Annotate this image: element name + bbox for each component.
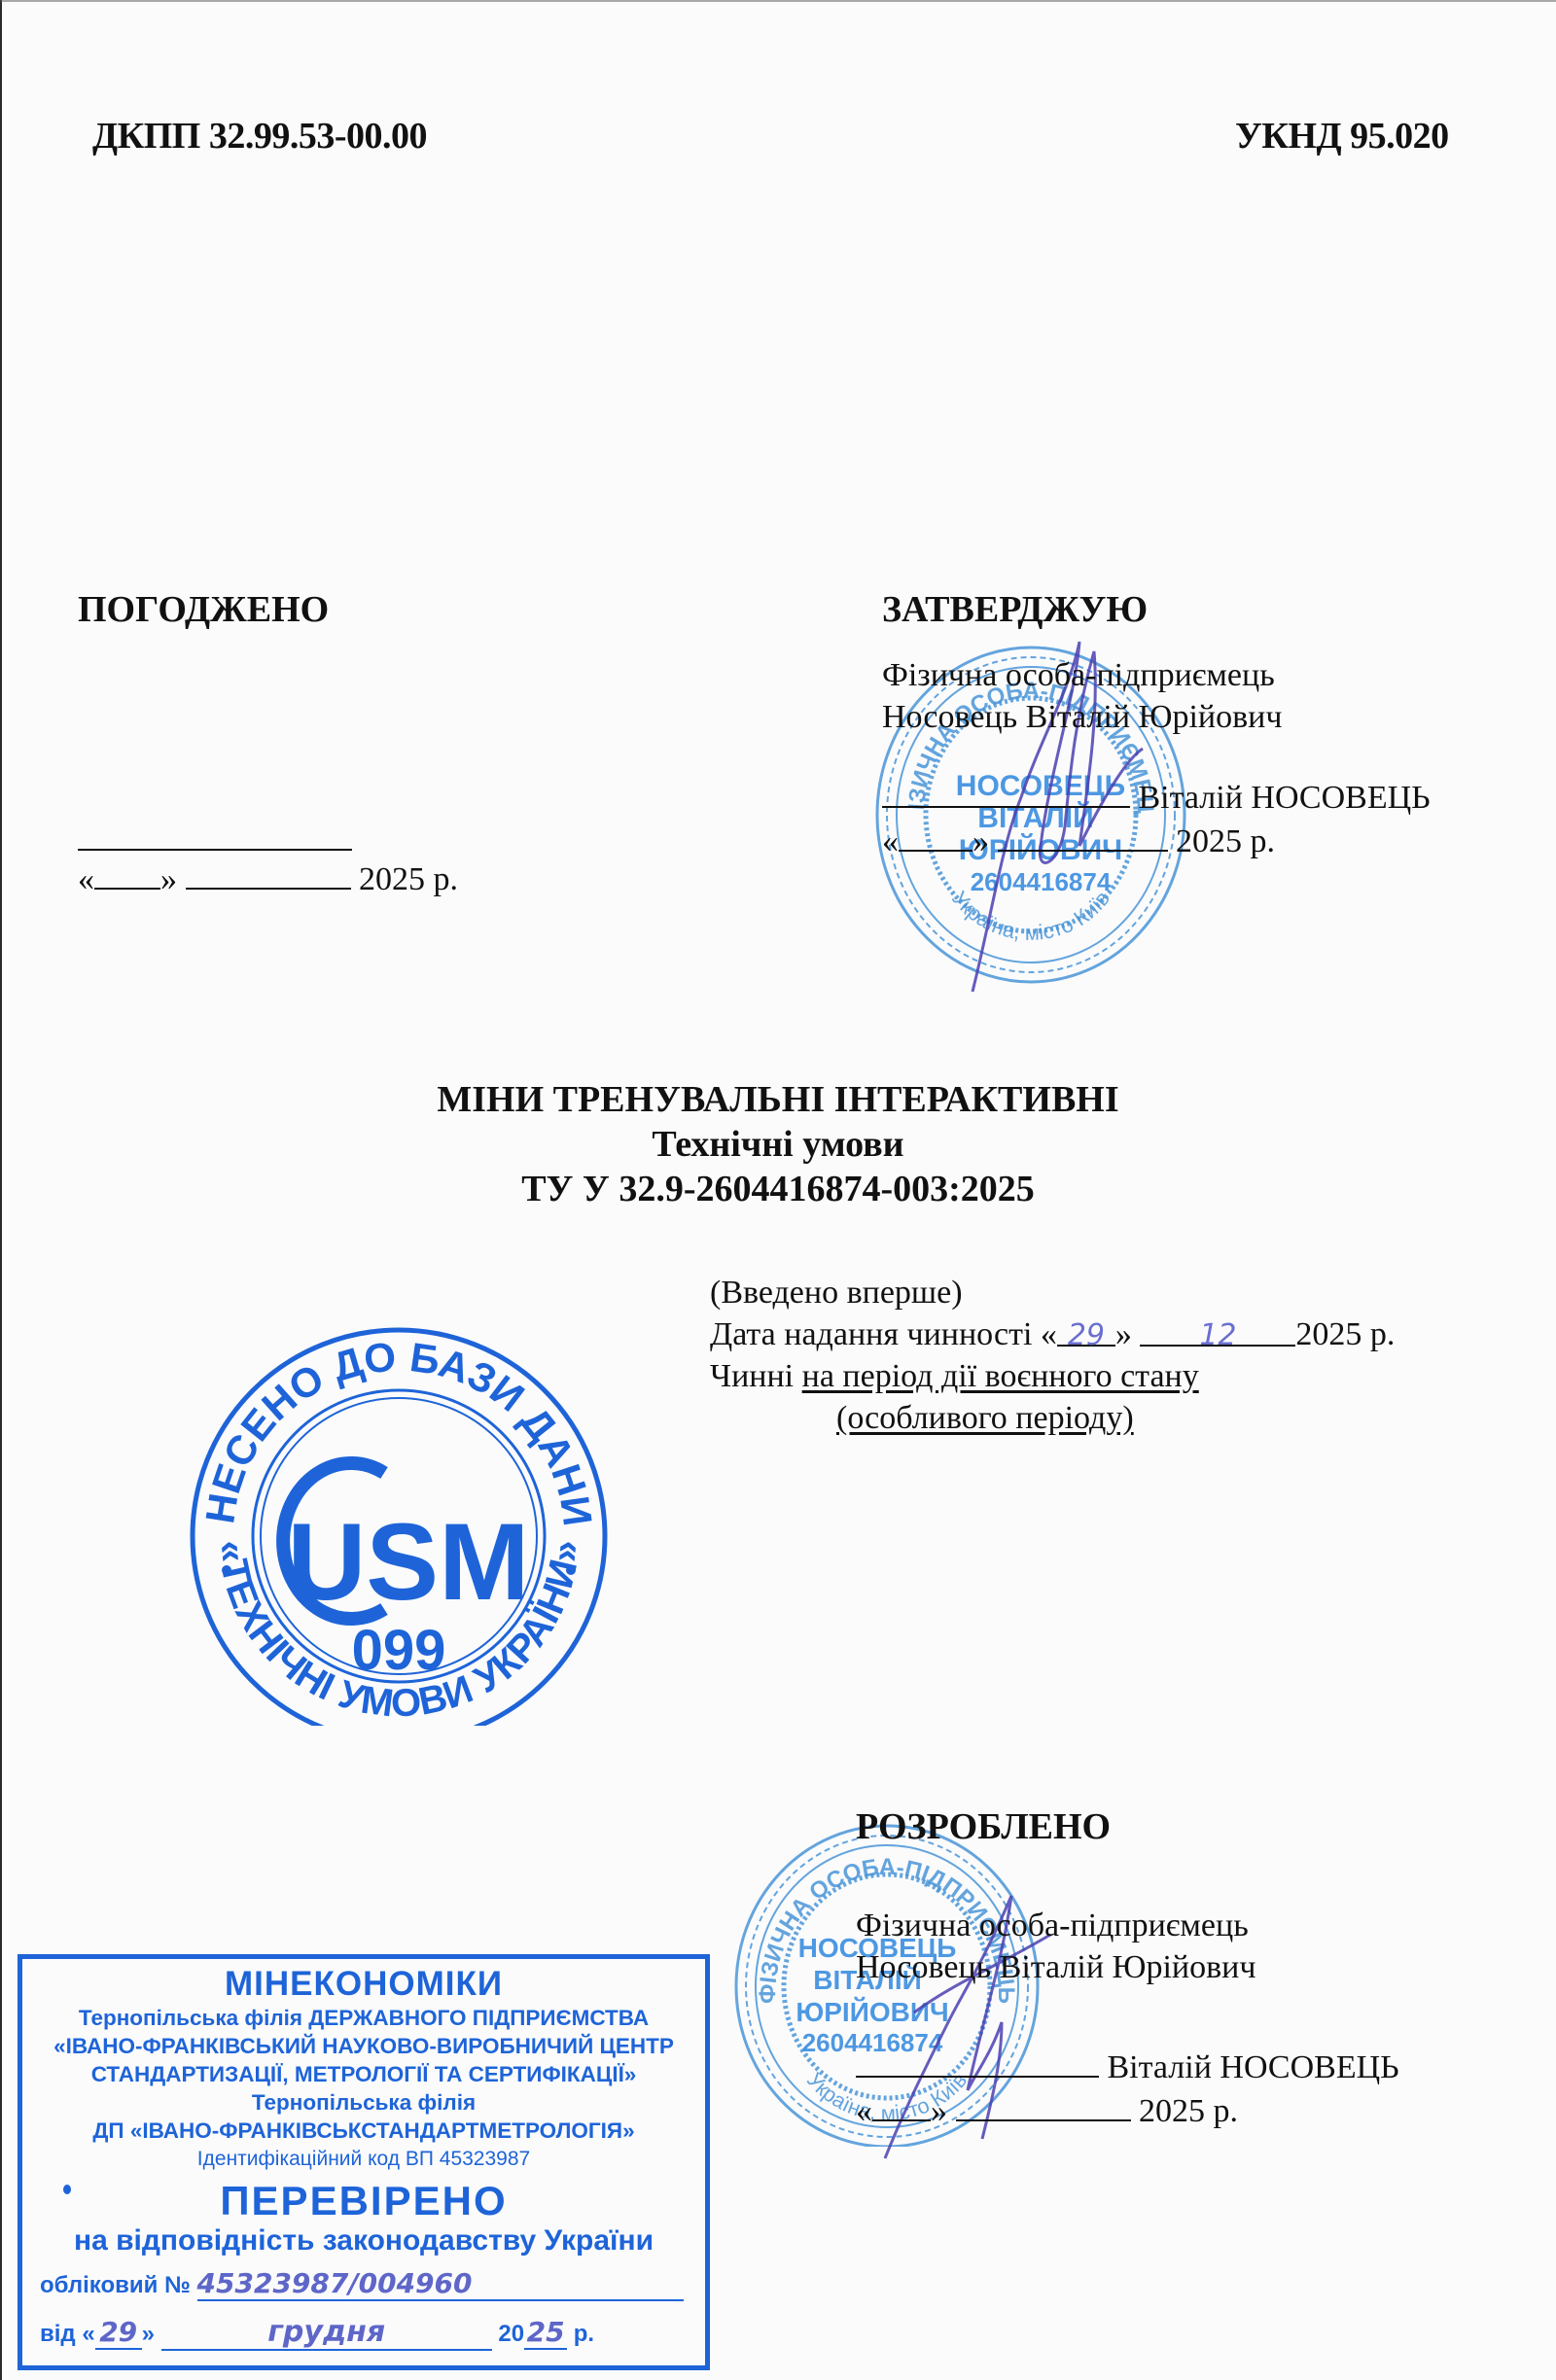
effective-date: Дата надання чинності «29» 122025 р.: [710, 1313, 1395, 1355]
approve-month-field[interactable]: [998, 819, 1168, 852]
document-title-block: МІНИ ТРЕНУВАЛЬНІ ІНТЕРАКТИВНІ Технічні у…: [0, 1077, 1556, 1211]
stamp-line-1: Тернопільська філія ДЕРЖАВНОГО ПІДПРИЄМС…: [22, 2004, 705, 2032]
validity-period: Чинні на період дії воєнного стану: [710, 1355, 1395, 1397]
effective-day-field[interactable]: 29: [1057, 1313, 1115, 1347]
stamp-reg-field[interactable]: 45323987/004960: [197, 2267, 684, 2301]
stamp-checked: ПЕРЕВІРЕНО: [22, 2178, 705, 2224]
document-title: МІНИ ТРЕНУВАЛЬНІ ІНТЕРАКТИВНІ: [0, 1077, 1556, 1122]
developed-signer: Віталій НОСОВЕЦЬ: [1108, 2049, 1399, 2085]
agreed-title: ПОГОДЖЕНО: [78, 588, 458, 631]
approve-day-field[interactable]: [899, 819, 972, 852]
developed-title: РОЗРОБЛЕНО: [856, 1805, 1399, 1848]
page-top-edge: [0, 0, 1556, 2]
developed-signature-row: Віталій НОСОВЕЦЬ: [856, 2045, 1399, 2088]
usm-number: 099: [352, 1619, 446, 1682]
stamp-line-3: СТАНДАРТИЗАЦІЇ, МЕТРОЛОГІЇ ТА СЕРТИФІКАЦ…: [22, 2060, 705, 2088]
stamp-compliance: на відповідність законодавству України: [22, 2224, 705, 2257]
developed-signature-line[interactable]: [856, 2045, 1099, 2078]
approve-signature-row: Віталій НОСОВЕЦЬ: [882, 775, 1431, 819]
approve-year: 2025 р.: [1176, 823, 1275, 859]
usm-logo: USM: [288, 1501, 530, 1623]
approve-full-name: Носовець Віталій Юрійович: [882, 696, 1431, 738]
validity-period-note: (особливого періоду): [710, 1397, 1395, 1439]
stamp-month-field[interactable]: грудня: [161, 2315, 492, 2351]
developed-block: РОЗРОБЛЕНО Фізична особа-підприємець Нос…: [856, 1805, 1399, 2132]
developed-position: Фізична особа-підприємець: [856, 1905, 1399, 1946]
approve-position: Фізична особа-підприємець: [882, 654, 1431, 696]
stamp-reg-row: обліковий № 45323987/004960: [22, 2267, 705, 2301]
developed-year: 2025 р.: [1139, 2093, 1238, 2129]
verification-stamp: МІНЕКОНОМІКИ Тернопільська філія ДЕРЖАВН…: [18, 1954, 710, 2370]
stamp-id-code: Ідентифікаційний код ВП 45323987: [22, 2145, 705, 2174]
approve-block: ЗАТВЕРДЖУЮ Фізична особа-підприємець Нос…: [882, 588, 1431, 862]
stamp-line-5: ДП «ІВАНО-ФРАНКІВСЬКСТАНДАРТМЕТРОЛОГІЯ»: [22, 2117, 705, 2145]
stamp-dot: [63, 2185, 71, 2194]
introduced-note: (Введено вперше): [710, 1272, 1395, 1313]
uknd-code: УКНД 95.020: [1235, 115, 1449, 157]
stamp-day-field[interactable]: 29: [95, 2316, 142, 2350]
approve-title: ЗАТВЕРДЖУЮ: [882, 588, 1431, 631]
developed-full-name: Носовець Віталій Юрійович: [856, 1946, 1399, 1988]
effective-month-field[interactable]: 12: [1140, 1313, 1295, 1347]
dkpp-code: ДКПП 32.99.53-00.00: [92, 115, 427, 157]
agreed-signature-line[interactable]: [78, 818, 352, 851]
agreed-block: ПОГОДЖЕНО «» 2025 р.: [78, 588, 458, 900]
agreed-day-field[interactable]: [94, 857, 160, 890]
document-code: ТУ У 32.9-2604416874-003:2025: [0, 1167, 1556, 1211]
stamp-ministry: МІНЕКОНОМІКИ: [22, 1965, 705, 2004]
approve-signer: Віталій НОСОВЕЦЬ: [1139, 780, 1431, 816]
agreed-year: 2025 р.: [359, 861, 458, 897]
approve-signature-line[interactable]: [882, 775, 1130, 808]
developed-date: «» 2025 р.: [856, 2088, 1399, 2132]
stamp-year-field[interactable]: 25: [524, 2316, 567, 2350]
usm-database-stamp: ВНЕСЕНО ДО БАЗИ ДАНИХ «ТЕХНІЧНІ УМОВИ УК…: [180, 1308, 618, 1726]
effective-year: 2025 р.: [1295, 1316, 1395, 1352]
agreed-date: «» 2025 р.: [78, 857, 458, 900]
developed-day-field[interactable]: [872, 2088, 931, 2121]
approve-date: «» 2025 р.: [882, 819, 1431, 862]
validity-block: (Введено вперше) Дата надання чинності «…: [710, 1272, 1395, 1439]
stamp-line-4: Тернопільська філія: [22, 2088, 705, 2117]
agreed-month-field[interactable]: [186, 857, 351, 890]
document-subtitle: Технічні умови: [0, 1122, 1556, 1167]
developed-month-field[interactable]: [956, 2088, 1131, 2121]
stamp-line-2: «ІВАНО-ФРАНКІВСЬКИЙ НАУКОВО-ВИРОБНИЧИЙ Ц…: [22, 2032, 705, 2060]
stamp-date-row: від «29» грудня 2025 р.: [22, 2315, 705, 2351]
